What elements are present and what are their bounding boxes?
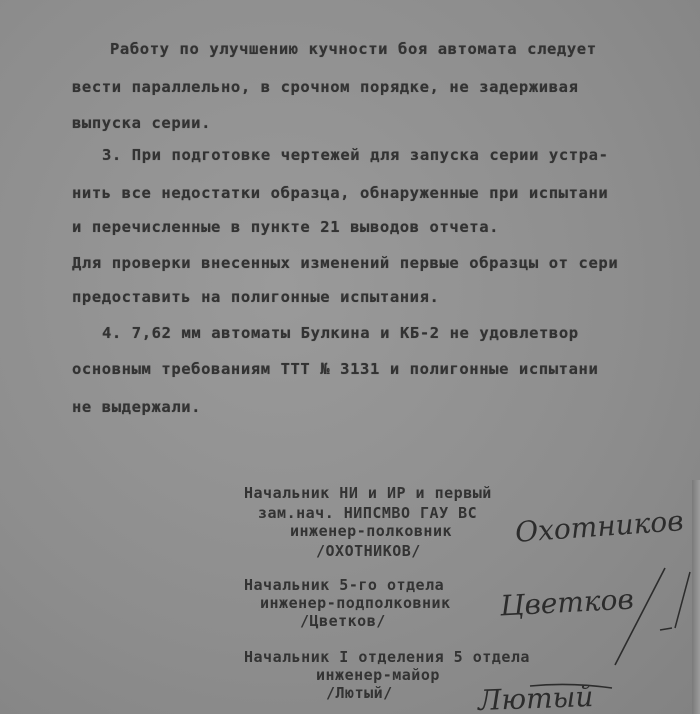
signatory-name: /Цветков/ [300,612,386,630]
signatory-rank: инженер-полковник [290,522,452,540]
signatory-rank: инженер-майор [316,666,440,684]
signatory-title: Начальник 5-го отдела [244,576,444,594]
signature-underline [520,680,620,714]
text-line: Работу по улучшению кучности боя автомат… [110,40,597,58]
signatory-title: зам.нач. НИПСМВО ГАУ ВС [258,504,477,522]
text-line: нить все недостатки образца, обнаруженны… [72,184,608,202]
text-line: 3. При подготовке чертежей для запуска с… [102,146,609,164]
signatory-title: Начальник I отделения 5 отдела [244,648,530,666]
text-line: вести параллельно, в срочном порядке, не… [72,78,579,96]
text-line: Для проверки внесенных изменений первые … [72,254,618,272]
text-line: и перечисленные в пункте 21 выводов отче… [72,218,499,236]
signatory-name: /ОХОТНИКОВ/ [316,542,421,560]
text-line: 4. 7,62 мм автоматы Булкина и КБ-2 не уд… [102,324,579,342]
signatory-name: /Лютый/ [326,684,393,702]
text-line: основным требованиям ТТТ № 3131 и полиго… [72,360,598,378]
signature-flourish [600,560,700,670]
text-line: выпуска серии. [72,114,211,132]
signatory-title: Начальник НИ и ИР и первый [244,484,492,502]
signatory-rank: инженер-подполковник [260,594,451,612]
text-line: предоставить на полигонные испытания. [72,288,439,306]
text-line: не выдержали. [72,398,201,416]
